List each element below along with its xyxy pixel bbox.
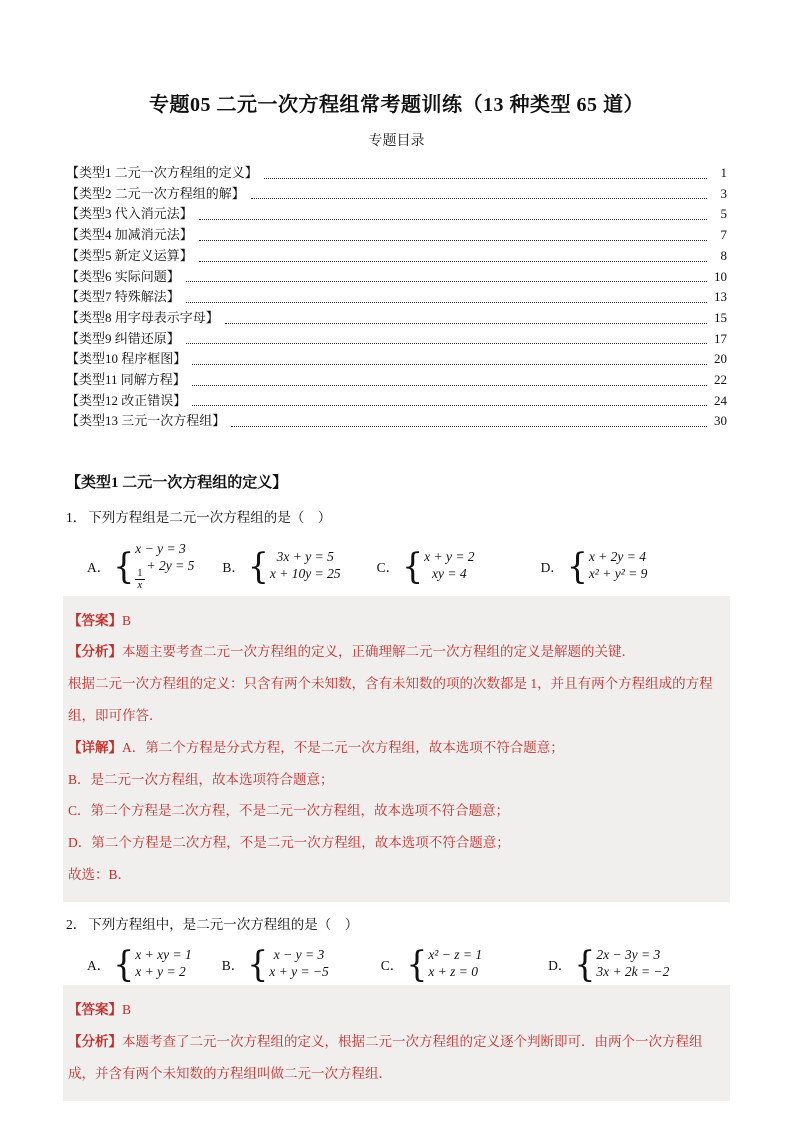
- answer-value: B: [122, 1002, 131, 1017]
- equation-top: x + xy = 1: [135, 947, 191, 963]
- toc-dot-leader: [192, 364, 707, 365]
- equation-top: 2x − 3y = 3: [596, 947, 669, 963]
- equation-top: x² − z = 1: [428, 947, 482, 963]
- answer-value: B: [122, 613, 131, 628]
- toc-dot-leader: [192, 385, 707, 386]
- question-number: 2．: [66, 917, 86, 932]
- detail-text: A．第二个方程是分式方程，不是二元一次方程组，故本选项不符合题意；: [122, 740, 564, 755]
- toc-row: 【类型12 改正错误】 24: [66, 391, 727, 412]
- option-label: B．: [222, 556, 245, 576]
- option-b: B． 3x + y = 5 x + 10y = 25: [222, 549, 340, 582]
- left-brace-icon: [247, 946, 268, 982]
- option-d: D． x + 2y = 4 x² + y² = 9: [541, 549, 648, 582]
- answer-label: 【答案】: [68, 1002, 122, 1017]
- toc-label: 【类型10 程序框图】: [66, 349, 186, 370]
- detail-line-a: 【详解】A．第二个方程是分式方程，不是二元一次方程组，故本选项不符合题意；: [68, 732, 725, 764]
- option-b: B． x − y = 3 x + y = −5: [222, 947, 329, 980]
- answer-line: 【答案】B: [68, 605, 725, 637]
- toc-label: 【类型5 新定义运算】: [66, 246, 193, 267]
- analysis-label: 【分析】: [68, 644, 122, 659]
- toc-page-number: 20: [711, 349, 727, 370]
- toc-page-number: 1: [711, 163, 727, 184]
- equation-system: x + y = 2 xy = 4: [424, 549, 474, 582]
- equation-system: 2x − 3y = 3 3x + 2k = −2: [596, 947, 669, 980]
- toc-page-number: 7: [711, 225, 727, 246]
- equation-bottom: x + 10y = 25: [270, 566, 341, 582]
- toc-row: 【类型5 新定义运算】 8: [66, 246, 727, 267]
- question-2-options: A． x + xy = 1 x + y = 2 B． x − y = 3 x +…: [66, 947, 727, 980]
- option-label: A．: [87, 556, 110, 576]
- equation-bottom: 3x + 2k = −2: [596, 964, 669, 980]
- toc-row: 【类型8 用字母表示字母】 15: [66, 308, 727, 329]
- toc-dot-leader: [186, 343, 707, 344]
- equation-system: x − y = 3 1x+ 2y = 5: [135, 541, 194, 591]
- question-2-stem: 2．下列方程组中，是二元一次方程组的是（ ）: [66, 916, 727, 934]
- left-brace-icon: [113, 946, 134, 982]
- equation-system: x − y = 3 x + y = −5: [269, 947, 329, 980]
- toc-heading: 专题目录: [66, 132, 727, 152]
- toc-dot-leader: [231, 426, 707, 427]
- fraction-denominator: x: [136, 580, 145, 591]
- toc-dot-leader: [186, 302, 707, 303]
- equation-bottom: x + y = 2: [135, 964, 191, 980]
- toc-row: 【类型10 程序框图】 20: [66, 349, 727, 370]
- toc-row: 【类型7 特殊解法】 13: [66, 287, 727, 308]
- toc-dot-leader: [264, 178, 707, 179]
- option-label: A．: [87, 954, 110, 974]
- toc-label: 【类型4 加减消元法】: [66, 225, 193, 246]
- toc-page-number: 3: [711, 184, 727, 205]
- option-c: C． x + y = 2 xy = 4: [377, 549, 475, 582]
- toc-page-number: 10: [711, 267, 727, 288]
- analysis-line: 【分析】本题考查了二元一次方程组的定义，根据二元一次方程组的定义逐个判断即可．由…: [68, 1026, 725, 1090]
- left-brace-icon: [402, 548, 423, 584]
- doc-title: 专题05 二元一次方程组常考题训练（13 种类型 65 道）: [66, 0, 727, 118]
- left-brace-icon: [574, 946, 595, 982]
- left-brace-icon: [567, 548, 588, 584]
- left-brace-icon: [113, 548, 134, 584]
- answer-block-1: 【答案】B 【分析】本题主要考查二元一次方程组的定义，正确理解二元一次方程组的定…: [63, 596, 730, 902]
- equation-bottom: x + y = −5: [269, 964, 329, 980]
- toc-page-number: 22: [711, 370, 727, 391]
- toc-page-number: 8: [711, 246, 727, 267]
- option-c: C． x² − z = 1 x + z = 0: [381, 947, 482, 980]
- fraction: 1x: [135, 568, 144, 591]
- equation-bottom: 1x+ 2y = 5: [135, 558, 194, 591]
- option-label: D．: [548, 954, 571, 974]
- equation-top: x − y = 3: [274, 947, 324, 963]
- option-label: D．: [541, 556, 564, 576]
- option-label: C．: [377, 556, 400, 576]
- toc-label: 【类型2 二元一次方程组的解】: [66, 184, 245, 205]
- equation-system: x + xy = 1 x + y = 2: [135, 947, 191, 980]
- option-label: B．: [222, 954, 245, 974]
- conclusion-line: 故选：B．: [68, 859, 725, 891]
- detail-line-d: D．第二个方程是二次方程，不是二元一次方程组，故本选项不符合题意；: [68, 827, 725, 859]
- option-a: A． x + xy = 1 x + y = 2: [87, 947, 192, 980]
- question-1-stem: 1．下列方程组是二元一次方程组的是（ ）: [66, 509, 727, 527]
- left-brace-icon: [248, 548, 269, 584]
- answer-label: 【答案】: [68, 613, 122, 628]
- question-1-options: A． x − y = 3 1x+ 2y = 5 B． 3x + y = 5 x …: [66, 541, 727, 591]
- analysis-text: 本题考查了二元一次方程组的定义，根据二元一次方程组的定义逐个判断即可．由两个一次…: [68, 1034, 703, 1081]
- question-text: 下列方程组中，是二元一次方程组的是（ ）: [88, 917, 358, 932]
- toc-row: 【类型13 三元一次方程组】 30: [66, 411, 727, 432]
- toc-label: 【类型13 三元一次方程组】: [66, 411, 225, 432]
- detail-label: 【详解】: [68, 740, 122, 755]
- option-d: D． 2x − 3y = 3 3x + 2k = −2: [548, 947, 669, 980]
- analysis-label: 【分析】: [68, 1034, 122, 1049]
- equation-top: x − y = 3: [135, 541, 194, 557]
- toc-dot-leader: [186, 281, 707, 282]
- question-text: 下列方程组是二元一次方程组的是（ ）: [88, 510, 331, 525]
- equation-top: 3x + y = 5: [277, 549, 334, 565]
- toc-row: 【类型11 同解方程】 22: [66, 370, 727, 391]
- section-heading-type1: 【类型1 二元一次方程组的定义】: [66, 473, 727, 493]
- document-content: 专题05 二元一次方程组常考题训练（13 种类型 65 道） 专题目录 【类型1…: [66, 0, 727, 1101]
- left-brace-icon: [406, 946, 427, 982]
- toc-page-number: 5: [711, 204, 727, 225]
- toc-label: 【类型3 代入消元法】: [66, 204, 193, 225]
- option-label: C．: [381, 954, 404, 974]
- toc-dot-leader: [199, 240, 707, 241]
- toc-row: 【类型6 实际问题】 10: [66, 267, 727, 288]
- equation-top: x + 2y = 4: [589, 549, 648, 565]
- answer-block-2: 【答案】B 【分析】本题考查了二元一次方程组的定义，根据二元一次方程组的定义逐个…: [63, 985, 730, 1100]
- analysis-line: 【分析】本题主要考查二元一次方程组的定义，正确理解二元一次方程组的定义是解题的关…: [68, 636, 725, 668]
- question-number: 1．: [66, 510, 86, 525]
- toc-label: 【类型9 纠错还原】: [66, 329, 180, 350]
- toc-label: 【类型1 二元一次方程组的定义】: [66, 163, 258, 184]
- toc-dot-leader: [192, 405, 707, 406]
- document-page: 专题05 二元一次方程组常考题训练（13 种类型 65 道） 专题目录 【类型1…: [0, 0, 793, 1122]
- toc-dot-leader: [199, 261, 707, 262]
- toc-row: 【类型4 加减消元法】 7: [66, 225, 727, 246]
- equation-system: x + 2y = 4 x² + y² = 9: [589, 549, 648, 582]
- toc-row: 【类型1 二元一次方程组的定义】 1: [66, 163, 727, 184]
- toc-label: 【类型7 特殊解法】: [66, 287, 180, 308]
- option-a: A． x − y = 3 1x+ 2y = 5: [87, 541, 194, 591]
- toc-label: 【类型6 实际问题】: [66, 267, 180, 288]
- toc-label: 【类型12 改正错误】: [66, 391, 186, 412]
- analysis-text: 本题主要考查二元一次方程组的定义，正确理解二元一次方程组的定义是解题的关键．: [122, 644, 635, 659]
- detail-line-b: B．是二元一次方程组，故本选项符合题意；: [68, 764, 725, 796]
- toc-row: 【类型3 代入消元法】 5: [66, 204, 727, 225]
- table-of-contents: 【类型1 二元一次方程组的定义】 1 【类型2 二元一次方程组的解】 3 【类型…: [66, 163, 727, 432]
- toc-page-number: 15: [711, 308, 727, 329]
- toc-label: 【类型11 同解方程】: [66, 370, 186, 391]
- toc-label: 【类型8 用字母表示字母】: [66, 308, 219, 329]
- toc-page-number: 13: [711, 287, 727, 308]
- detail-line-c: C．第二个方程是二次方程，不是二元一次方程组，故本选项不符合题意；: [68, 795, 725, 827]
- equation-system: x² − z = 1 x + z = 0: [428, 947, 482, 980]
- fraction-numerator: 1: [135, 568, 144, 580]
- equation-top: x + y = 2: [424, 549, 474, 565]
- toc-page-number: 30: [711, 411, 727, 432]
- answer-line: 【答案】B: [68, 994, 725, 1026]
- toc-dot-leader: [251, 198, 707, 199]
- toc-page-number: 24: [711, 391, 727, 412]
- equation-bottom: x + z = 0: [428, 964, 482, 980]
- equation-rest: + 2y = 5: [147, 558, 195, 573]
- toc-row: 【类型2 二元一次方程组的解】 3: [66, 184, 727, 205]
- toc-row: 【类型9 纠错还原】 17: [66, 329, 727, 350]
- toc-page-number: 17: [711, 329, 727, 350]
- analysis-continued: 根据二元一次方程组的定义：只含有两个未知数，含有未知数的项的次数都是 1，并且有…: [68, 668, 725, 732]
- equation-system: 3x + y = 5 x + 10y = 25: [270, 549, 341, 582]
- toc-dot-leader: [225, 323, 707, 324]
- equation-bottom: xy = 4: [432, 566, 467, 582]
- toc-dot-leader: [199, 219, 707, 220]
- equation-bottom: x² + y² = 9: [589, 566, 648, 582]
